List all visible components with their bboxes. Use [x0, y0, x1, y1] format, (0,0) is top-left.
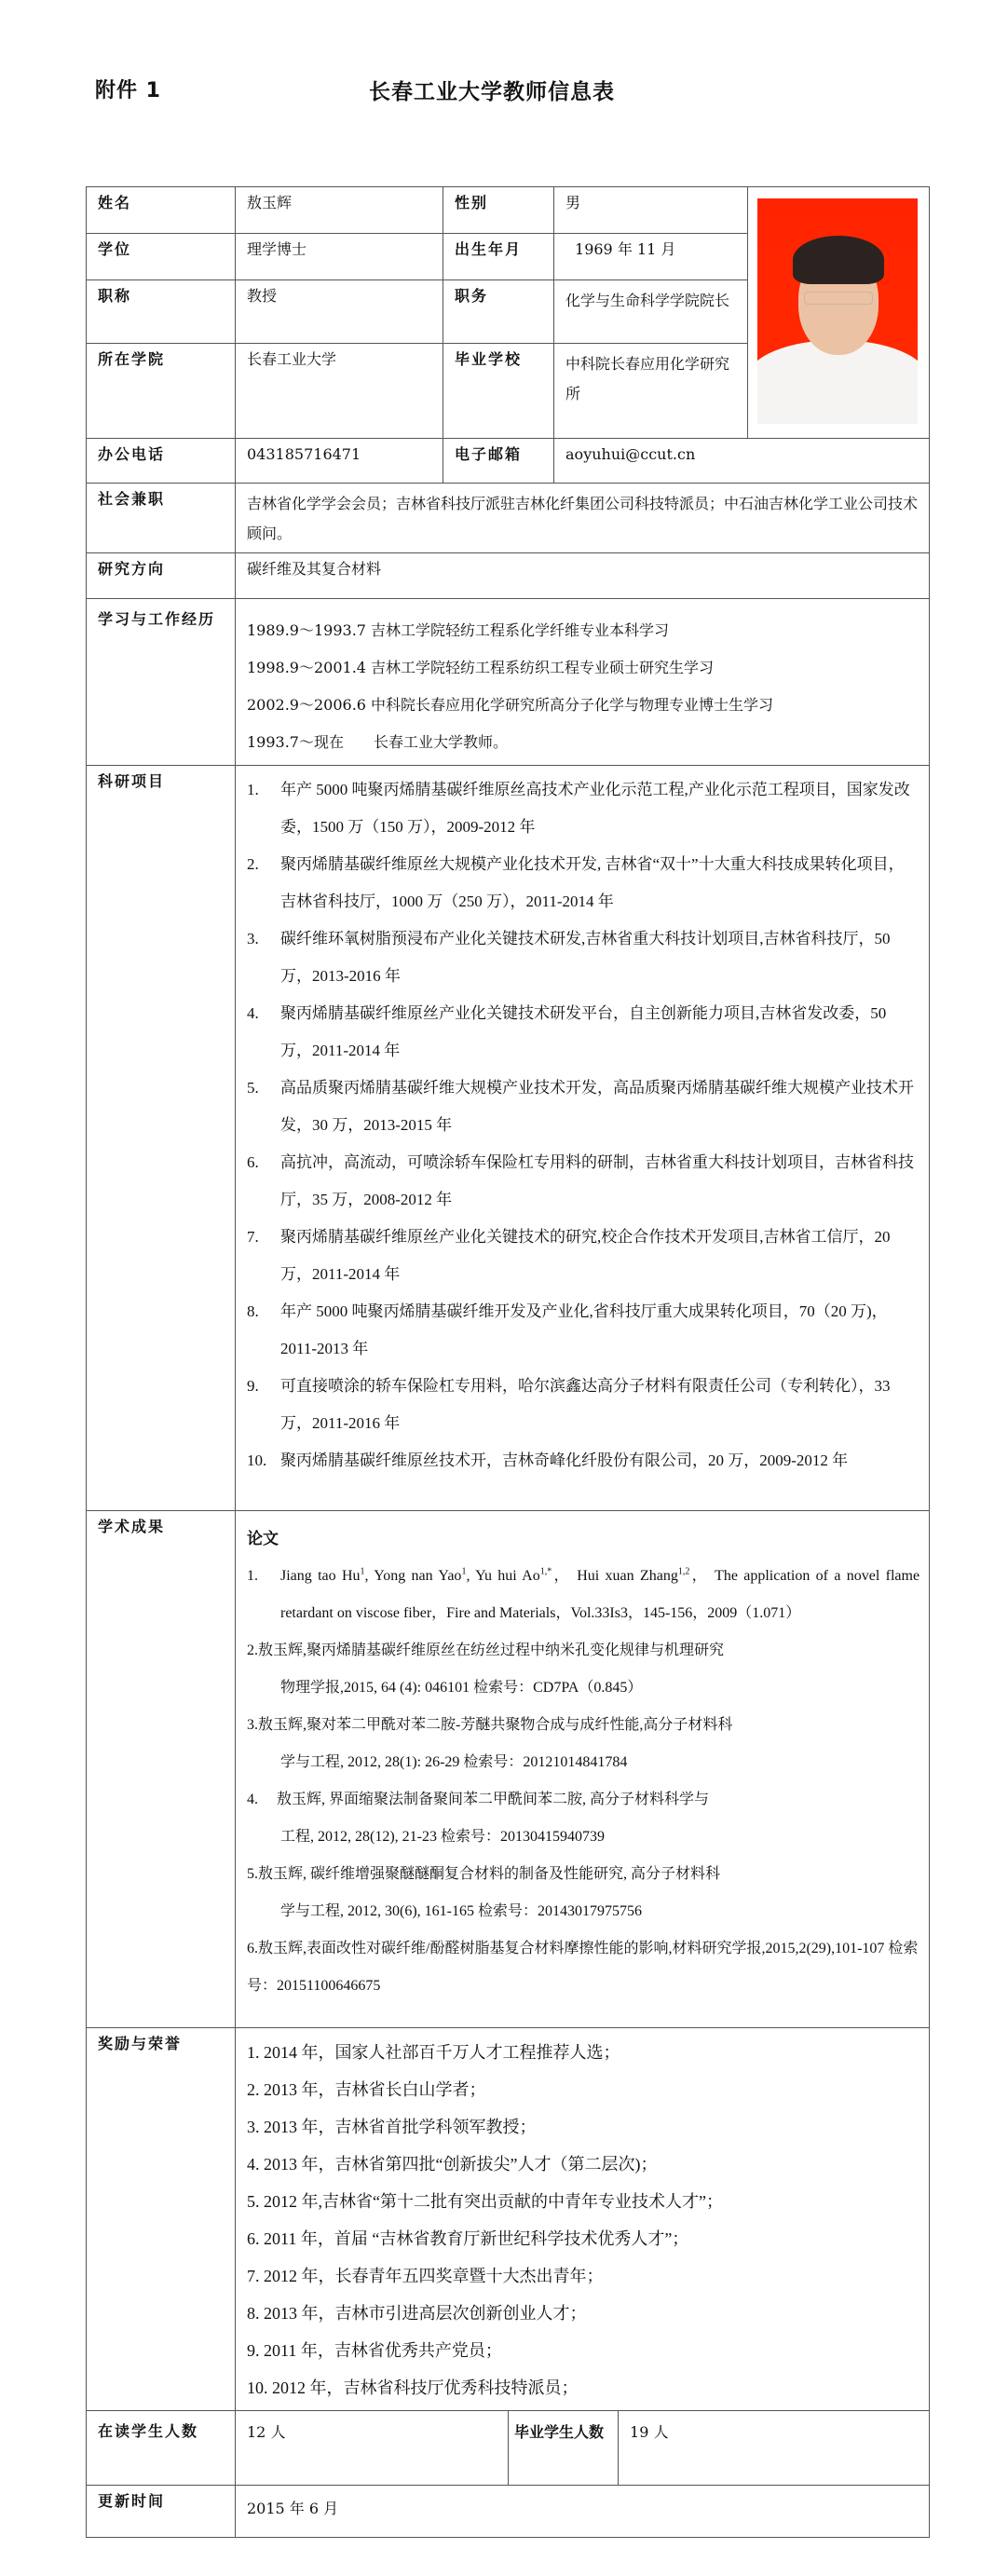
project-number: 9. [247, 1368, 259, 1405]
project-text: 聚丙烯腈基碳纤维原丝产业化关键技术研发平台，自主创新能力项目,吉林省发改委，50… [280, 1004, 886, 1059]
project-item: 6.高抗冲，高流动，可喷涂轿车保险杠专用料的研制，吉林省重大科技计划项目，吉林省… [247, 1144, 919, 1219]
affiliation-mark: 1 [361, 1567, 365, 1577]
table-row: 在读学生人数 12 人 毕业学生人数 19 人 [87, 2411, 930, 2486]
email-value[interactable]: aoyuhui@ccut.cn [554, 439, 930, 484]
current-students-label: 在读学生人数 [87, 2411, 236, 2486]
paper-item: 5.敖玉辉, 碳纤维增强聚醚醚酮复合材料的制备及性能研究, 高分子材料科 学与工… [247, 1856, 919, 1930]
awards-label: 奖励与荣誉 [87, 2028, 236, 2411]
table-row: 学习与工作经历 1989.9～1993.7 吉林工学院轻纺工程系化学纤维专业本科… [87, 599, 930, 766]
paper-item: 3.敖玉辉,聚对苯二甲酰对苯二胺-芳醚共聚物合成与成纤性能,高分子材料科 学与工… [247, 1707, 919, 1781]
paper-line: 物理学报,2015, 64 (4): 046101 检索号：CD7PA（0.84… [247, 1670, 919, 1707]
paper-item: 2.敖玉辉,聚丙烯腈基碳纤维原丝在纺丝过程中纳米孔变化规律与机理研究 物理学报,… [247, 1632, 919, 1707]
project-number: 10. [247, 1442, 266, 1479]
paper-item: 1. Jiang tao Hu1, Yong nan Yao1, Yu hui … [247, 1558, 919, 1632]
project-text: 聚丙烯腈基碳纤维原丝大规模产业化技术开发, 吉林省“双十”十大重大科技成果转化项… [280, 855, 905, 910]
table-row: 奖励与荣誉 1. 2014 年，国家人社部百千万人才工程推荐人选； 2. 201… [87, 2028, 930, 2411]
experience-list: 1989.9～1993.7 吉林工学院轻纺工程系化学纤维专业本科学习 1998.… [236, 599, 930, 766]
table-row: 更新时间 2015 年 6 月 [87, 2486, 930, 2538]
project-text: 可直接喷涂的轿车保险杠专用料，哈尔滨鑫达高分子材料有限责任公司（专利转化），33… [280, 1377, 891, 1432]
affiliation-mark: 1 [461, 1567, 466, 1577]
award-item: 2. 2013 年，吉林省长白山学者； [247, 2071, 919, 2108]
paper-line: 3.敖玉辉,聚对苯二甲酰对苯二胺-芳醚共聚物合成与成纤性能,高分子材料科 [247, 1717, 732, 1733]
author: Hui xuan Zhang [577, 1568, 678, 1584]
project-item: 10.聚丙烯腈基碳纤维原丝技术开，吉林奇峰化纤股份有限公司，20 万，2009-… [247, 1442, 919, 1479]
paper-line: 学与工程, 2012, 28(1): 26-29 检索号：20121014841… [247, 1744, 919, 1781]
project-item: 2.聚丙烯腈基碳纤维原丝大规模产业化技术开发, 吉林省“双十”十大重大科技成果转… [247, 846, 919, 920]
project-text: 年产 5000 吨聚丙烯腈基碳纤维开发及产业化,省科技厅重大成果转化项目，70（… [280, 1302, 888, 1357]
table-row: 科研项目 1.年产 5000 吨聚丙烯腈基碳纤维原丝高技术产业化示范工程,产业化… [87, 766, 930, 1511]
paper-item: 6.敖玉辉,表面改性对碳纤维/酚醛树脂基复合材料摩擦性能的影响,材料研究学报,2… [247, 1930, 919, 2005]
project-number: 5. [247, 1070, 259, 1107]
table-row: 学术成果 论文 1. Jiang tao Hu1, Yong nan Yao1,… [87, 1511, 930, 2028]
position-label: 职务 [443, 280, 554, 344]
project-item: 7.聚丙烯腈基碳纤维原丝产业化关键技术的研究,校企合作技术开发项目,吉林省工信厅… [247, 1219, 919, 1293]
paper-line: 2.敖玉辉,聚丙烯腈基碳纤维原丝在纺丝过程中纳米孔变化规律与机理研究 [247, 1642, 724, 1658]
projects-list: 1.年产 5000 吨聚丙烯腈基碳纤维原丝高技术产业化示范工程,产业化示范工程项… [236, 766, 930, 1511]
teacher-info-table: 姓名 敖玉辉 性别 男 学位 理学博士 出生年月 1969 年 11 月 职称 … [86, 186, 930, 2538]
experience-item: 2002.9～2006.6 中科院长春应用化学研究所高分子化学与物理专业博士生学… [247, 687, 919, 724]
experience-item: 1998.9～2001.4 吉林工学院轻纺工程系纺织工程专业硕士研究生学习 [247, 649, 919, 687]
project-number: 6. [247, 1144, 259, 1181]
gender-label: 性别 [443, 187, 554, 234]
school-value: 中科院长春应用化学研究所 [554, 344, 748, 439]
graduated-students-value: 19 人 [619, 2411, 930, 2486]
phone-value: 043185716471 [236, 439, 443, 484]
experience-item: 1993.7～现在 长春工业大学教师。 [247, 724, 919, 761]
experience-label: 学习与工作经历 [87, 599, 236, 766]
table-row: 社会兼职 吉林省化学学会会员；吉林省科技厅派驻吉林化纤集团公司科技特派员；中石油… [87, 484, 930, 553]
project-item: 4.聚丙烯腈基碳纤维原丝产业化关键技术研发平台，自主创新能力项目,吉林省发改委，… [247, 995, 919, 1070]
affiliation-mark: 1,2 [678, 1567, 690, 1577]
award-item: 10. 2012 年，吉林省科技厅优秀科技特派员； [247, 2369, 919, 2406]
award-item: 4. 2013 年，吉林省第四批“创新拔尖”人才（第二层次)； [247, 2146, 919, 2183]
graduated-students-label: 毕业学生人数 [509, 2411, 619, 2486]
paper-line: 4. 敖玉辉, 界面缩聚法制备聚间苯二甲酰间苯二胺, 高分子材料科学与 [247, 1792, 709, 1807]
award-item: 9. 2011 年，吉林省优秀共产党员； [247, 2332, 919, 2369]
paper-line: 5.敖玉辉, 碳纤维增强聚醚醚酮复合材料的制备及性能研究, 高分子材料科 [247, 1866, 720, 1882]
project-text: 碳纤维环氧树脂预浸布产业化关键技术研发,吉林省重大科技计划项目,吉林省科技厅，5… [280, 930, 891, 985]
experience-item: 1989.9～1993.7 吉林工学院轻纺工程系化学纤维专业本科学习 [247, 612, 919, 649]
project-text: 年产 5000 吨聚丙烯腈基碳纤维原丝高技术产业化示范工程,产业化示范工程项目，… [280, 781, 910, 836]
name-label: 姓名 [87, 187, 236, 234]
paper-item: 4. 敖玉辉, 界面缩聚法制备聚间苯二甲酰间苯二胺, 高分子材料科学与 工程, … [247, 1781, 919, 1856]
award-item: 6. 2011 年，首届 “吉林省教育厅新世纪科学技术优秀人才”； [247, 2220, 919, 2257]
table-row: 研究方向 碳纤维及其复合材料 [87, 553, 930, 599]
school-label: 毕业学校 [443, 344, 554, 439]
project-item: 9.可直接喷涂的轿车保险杠专用料，哈尔滨鑫达高分子材料有限责任公司（专利转化），… [247, 1368, 919, 1442]
degree-label: 学位 [87, 234, 236, 280]
gender-value: 男 [554, 187, 748, 234]
photo-hair [793, 236, 884, 284]
updated-label: 更新时间 [87, 2486, 236, 2538]
project-number: 7. [247, 1219, 259, 1256]
affiliation-mark: 1,* [540, 1567, 552, 1577]
author: Jiang tao Hu [280, 1568, 361, 1584]
document-title: 长春工业大学教师信息表 [369, 75, 615, 105]
papers-heading: 论文 [247, 1520, 919, 1558]
award-item: 3. 2013 年，吉林省首批学科领军教授； [247, 2108, 919, 2146]
college-label: 所在学院 [87, 344, 236, 439]
project-number: 8. [247, 1293, 259, 1330]
project-text: 聚丙烯腈基碳纤维原丝产业化关键技术的研究,校企合作技术开发项目,吉林省工信厅，2… [280, 1228, 891, 1283]
author: Yu hui Ao [475, 1568, 540, 1584]
table-row: 办公电话 043185716471 电子邮箱 aoyuhui@ccut.cn [87, 439, 930, 484]
phone-label: 办公电话 [87, 439, 236, 484]
title-value: 教授 [236, 280, 443, 344]
attachment-label: 附件 1 [95, 75, 161, 103]
birth-label: 出生年月 [443, 234, 554, 280]
award-item: 7. 2012 年，长春青年五四奖章暨十大杰出青年； [247, 2257, 919, 2295]
achievements-label: 学术成果 [87, 1511, 236, 2028]
updated-value: 2015 年 6 月 [236, 2486, 930, 2538]
projects-label: 科研项目 [87, 766, 236, 1511]
college-value: 长春工业大学 [236, 344, 443, 439]
project-number: 3. [247, 920, 259, 958]
name-value: 敖玉辉 [236, 187, 443, 234]
award-item: 8. 2013 年，吉林市引进高层次创新创业人才； [247, 2295, 919, 2332]
title-label: 职称 [87, 280, 236, 344]
photo-cell [748, 187, 930, 439]
birth-value: 1969 年 11 月 [554, 234, 748, 280]
degree-value: 理学博士 [236, 234, 443, 280]
project-item: 1.年产 5000 吨聚丙烯腈基碳纤维原丝高技术产业化示范工程,产业化示范工程项… [247, 771, 919, 846]
award-item: 1. 2014 年，国家人社部百千万人才工程推荐人选； [247, 2034, 919, 2071]
project-text: 高抗冲，高流动，可喷涂轿车保险杠专用料的研制，吉林省重大科技计划项目，吉林省科技… [280, 1153, 914, 1208]
awards-list: 1. 2014 年，国家人社部百千万人才工程推荐人选； 2. 2013 年，吉林… [236, 2028, 930, 2411]
current-students-value: 12 人 [236, 2411, 509, 2486]
paper-line: 工程, 2012, 28(12), 21-23 检索号：201304159407… [247, 1819, 919, 1856]
achievements-list: 论文 1. Jiang tao Hu1, Yong nan Yao1, Yu h… [236, 1511, 930, 2028]
project-item: 8.年产 5000 吨聚丙烯腈基碳纤维开发及产业化,省科技厅重大成果转化项目，7… [247, 1293, 919, 1368]
social-label: 社会兼职 [87, 484, 236, 553]
project-item: 3.碳纤维环氧树脂预浸布产业化关键技术研发,吉林省重大科技计划项目,吉林省科技厅… [247, 920, 919, 995]
project-text: 高品质聚丙烯腈基碳纤维大规模产业技术开发，高品质聚丙烯腈基碳纤维大规模产业技术开… [280, 1079, 914, 1134]
portrait-photo [757, 198, 918, 424]
project-item: 5.高品质聚丙烯腈基碳纤维大规模产业技术开发，高品质聚丙烯腈基碳纤维大规模产业技… [247, 1070, 919, 1144]
table-row: 姓名 敖玉辉 性别 男 [87, 187, 930, 234]
project-text: 聚丙烯腈基碳纤维原丝技术开，吉林奇峰化纤股份有限公司，20 万，2009-201… [280, 1452, 848, 1469]
social-value: 吉林省化学学会会员；吉林省科技厅派驻吉林化纤集团公司科技特派员；中石油吉林化学工… [236, 484, 930, 553]
paper-line: 学与工程, 2012, 30(6), 161-165 检索号：201430179… [247, 1893, 919, 1930]
project-number: 1. [247, 771, 259, 809]
email-label: 电子邮箱 [443, 439, 554, 484]
research-value: 碳纤维及其复合材料 [236, 553, 930, 599]
photo-glasses [804, 292, 873, 305]
author: Yong nan Yao [374, 1568, 461, 1584]
project-number: 4. [247, 995, 259, 1032]
award-item: 5. 2012 年,吉林省“第十二批有突出贡献的中青年专业技术人才”； [247, 2183, 919, 2220]
paper-number: 1. [247, 1558, 258, 1595]
position-value: 化学与生命科学学院院长 [554, 280, 748, 344]
research-label: 研究方向 [87, 553, 236, 599]
project-number: 2. [247, 846, 259, 883]
